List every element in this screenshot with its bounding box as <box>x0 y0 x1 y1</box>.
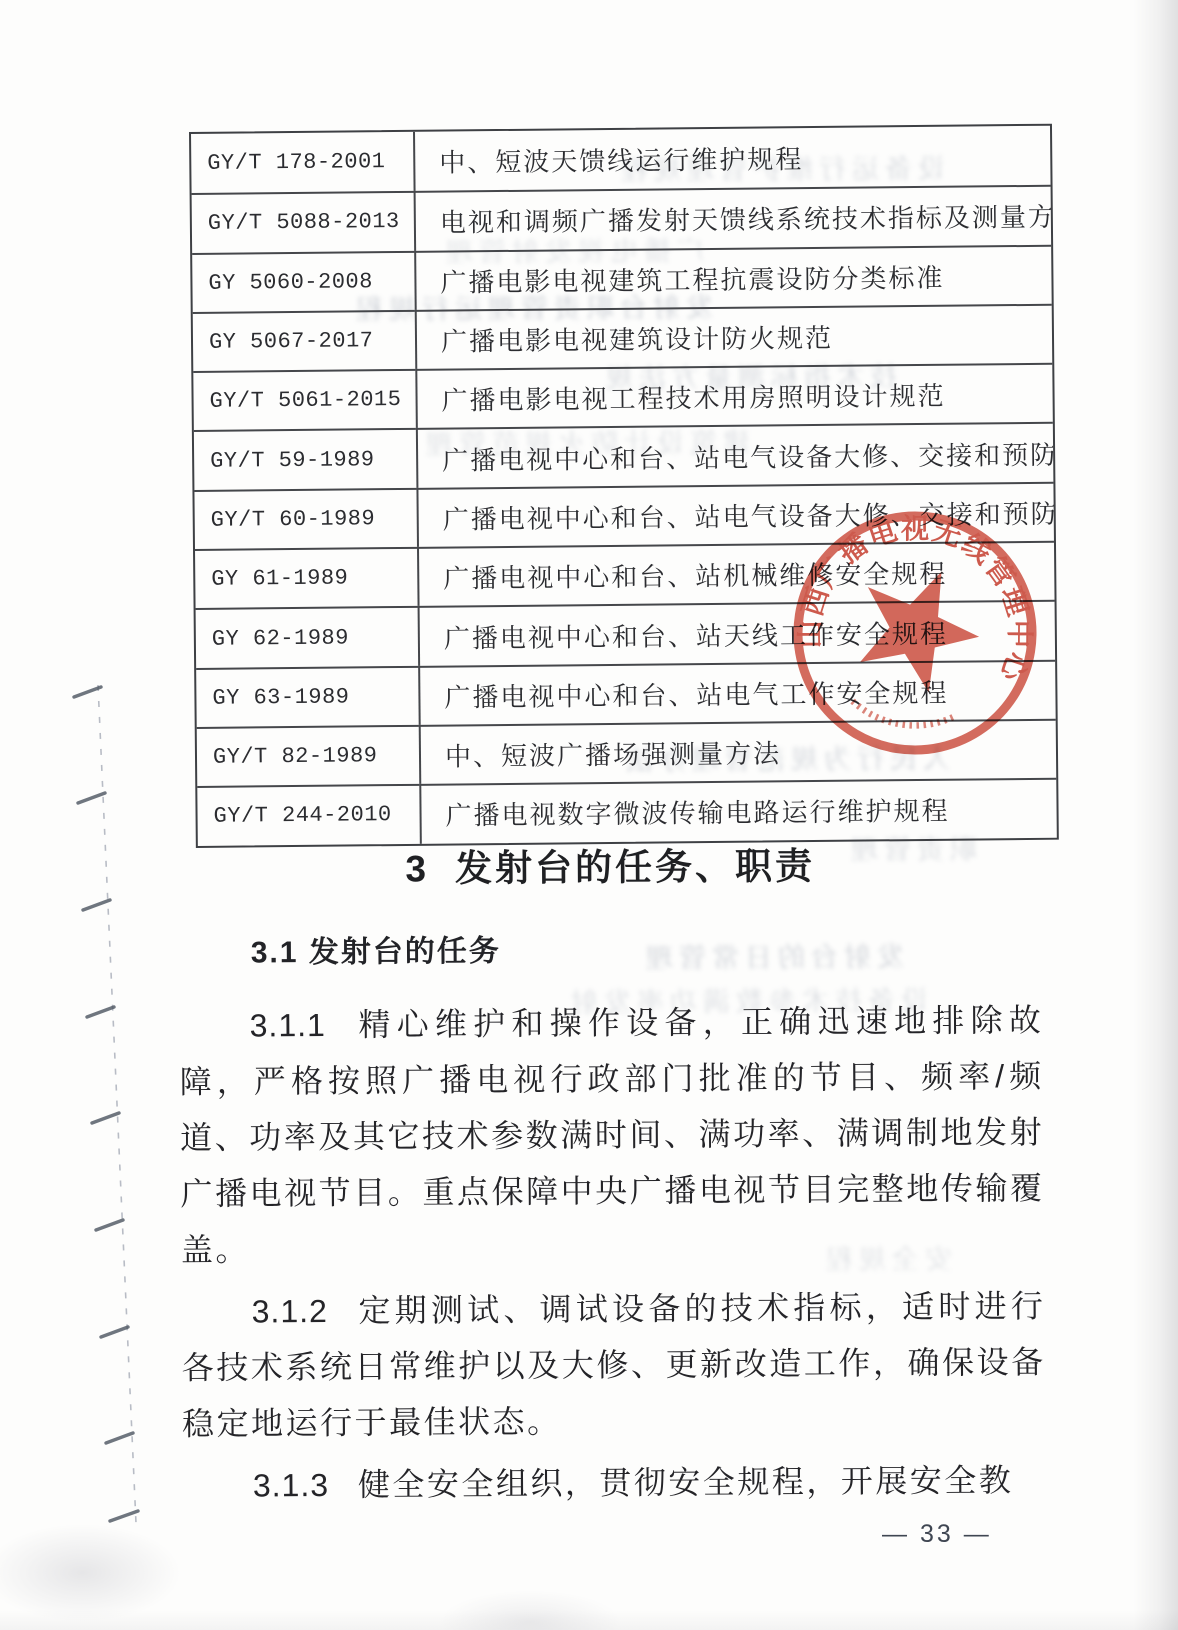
paragraph-number: 3.1.1 <box>250 1007 326 1044</box>
standard-title: 中、短波广播场强测量方法 <box>419 719 1057 784</box>
section-title: 发射台的任务、职责 <box>455 846 815 890</box>
standard-code: GY 5067-2017 <box>193 310 416 371</box>
paragraph-3-1-2: 3.1.2定期测试、调试设备的技术指标，适时进行各技术系统日常维护以及大修、更新… <box>181 1278 1046 1452</box>
subsection-heading: 3.1 发射台的任务 <box>251 922 1043 972</box>
paragraph-number: 3.1.2 <box>252 1293 328 1330</box>
page-number: — 33 — <box>882 1520 992 1549</box>
standard-code: GY/T 60-1989 <box>194 488 417 549</box>
standard-title: 广播电视中心和台、站电气设备大修、交接和预防性试验常用 <box>416 481 1054 546</box>
standard-code: GY 62-1989 <box>196 606 419 667</box>
paragraph-3-1-3: 3.1.3健全安全组织，贯彻安全规程，开展安全教 <box>182 1452 1046 1514</box>
standard-title: 广播电影电视工程技术用房照明设计规范 <box>415 363 1053 428</box>
standard-title: 中、短波天馈线运行维护规程 <box>413 126 1051 191</box>
standard-title: 广播电影电视建筑工程抗震设防分类标准 <box>414 244 1052 309</box>
standard-title: 广播电视中心和台、站电气设备大修、交接和预防性试验技术 <box>416 422 1054 487</box>
standard-code: GY/T 82-1989 <box>197 725 420 786</box>
binding-marks <box>50 665 170 1545</box>
body-paragraphs: 3.1.1精心维护和操作设备，正确迅速地排除故障，严格按照广播电视行政部门批准的… <box>179 992 1047 1514</box>
standards-table: GY/T 178-2001 中、短波天馈线运行维护规程 GY/T 5088-20… <box>189 124 1059 848</box>
standard-code: GY/T 244-2010 <box>197 784 420 845</box>
paragraph-text: 健全安全组织，贯彻安全规程，开展安全教 <box>358 1462 1014 1503</box>
paragraph-number: 3.1.3 <box>253 1467 329 1504</box>
standard-title: 广播电影电视建筑设计防火规范 <box>415 304 1053 369</box>
standard-code: GY/T 178-2001 <box>191 132 414 193</box>
section-heading: 3发射台的任务、职责 <box>178 834 1042 894</box>
standard-code: GY 63-1989 <box>196 665 419 726</box>
standard-title: 广播电视中心和台、站机械维修安全规程 <box>417 541 1055 606</box>
standard-title: 广播电视中心和台、站电气工作安全规程 <box>418 659 1056 724</box>
standard-title: 广播电视中心和台、站天线工作安全规程 <box>418 600 1056 665</box>
standard-code: GY/T 59-1989 <box>194 428 417 489</box>
paragraph-3-1-1: 3.1.1精心维护和操作设备，正确迅速地排除故障，严格按照广播电视行政部门批准的… <box>179 992 1045 1278</box>
standard-code: GY 5060-2008 <box>192 250 415 311</box>
section-text: 3发射台的任务、职责 3.1 发射台的任务 3.1.1精心维护和操作设备，正确迅… <box>178 834 1047 1520</box>
section-number: 3 <box>405 848 429 889</box>
standard-code: GY/T 5088-2013 <box>192 191 415 252</box>
standard-code: GY/T 5061-2015 <box>193 369 416 430</box>
standard-code: GY 61-1989 <box>195 547 418 608</box>
standard-title: 电视和调频广播发射天馈线系统技术指标及测量方法 <box>414 185 1052 250</box>
